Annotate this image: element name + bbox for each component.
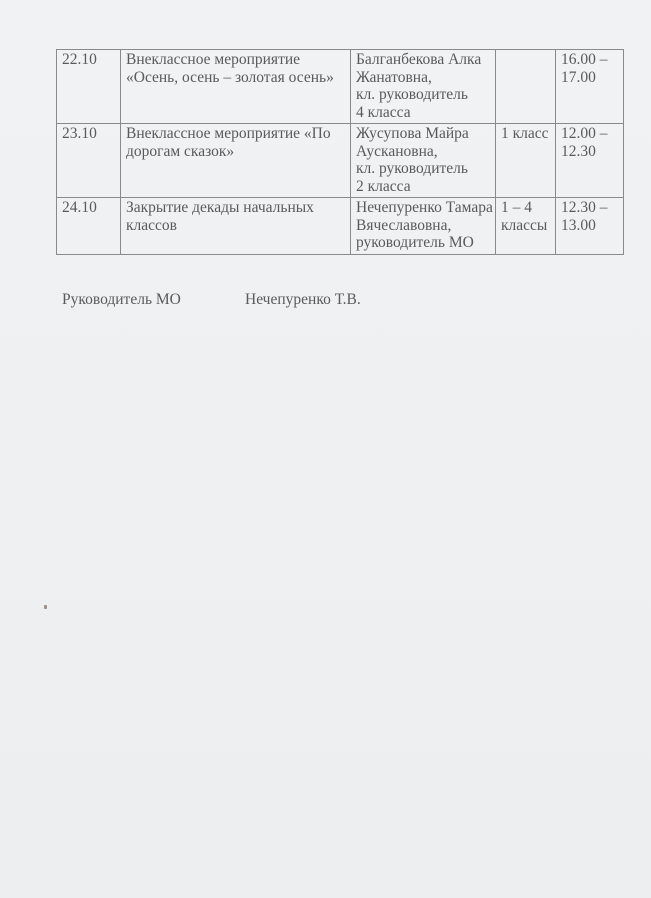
time-start: 12.30 – (561, 199, 619, 217)
date-cell: 22.10 (57, 50, 121, 124)
classes-cell (496, 50, 556, 124)
signature-role: Руководитель МО (62, 291, 181, 309)
responsible-line: руководитель МО (356, 234, 491, 252)
responsible-line: 4 класса (356, 104, 491, 122)
time-end: 13.00 (561, 217, 619, 235)
classes-cell: 1 класс (496, 124, 556, 198)
time-cell: 12.00 – 12.30 (556, 124, 624, 198)
event-text: Закрытие декады начальных классов (126, 199, 314, 234)
event-cell: Внеклассное мероприятие «По дорогам сказ… (121, 124, 351, 198)
table-row: 23.10 Внеклассное мероприятие «По дорога… (57, 124, 624, 198)
time-start: 16.00 – (561, 51, 619, 69)
responsible-cell: Нечепуренко Тамара Вячеславовна, руковод… (351, 198, 496, 255)
time-start: 12.00 – (561, 125, 619, 143)
responsible-line: 2 класса (356, 178, 491, 196)
event-text: Внеклассное мероприятие «По дорогам сказ… (126, 125, 331, 160)
table-row: 24.10 Закрытие декады начальных классов … (57, 198, 624, 255)
time-end: 12.30 (561, 143, 619, 161)
responsible-cell: Жусупова Майра Аускановна, кл. руководит… (351, 124, 496, 198)
responsible-line: Балганбекова Алка (356, 51, 491, 69)
responsible-line: кл. руководитель (356, 86, 491, 104)
signature-name: Нечепуренко Т.В. (245, 291, 361, 309)
table-row: 22.10 Внеклассное мероприятие «Осень, ос… (57, 50, 624, 124)
document-page: 22.10 Внеклассное мероприятие «Осень, ос… (0, 0, 651, 898)
responsible-line: Жусупова Майра (356, 125, 491, 143)
classes-cell: 1 – 4 классы (496, 198, 556, 255)
time-cell: 16.00 – 17.00 (556, 50, 624, 124)
event-cell: Внеклассное мероприятие «Осень, осень – … (121, 50, 351, 124)
time-cell: 12.30 – 13.00 (556, 198, 624, 255)
responsible-cell: Балганбекова Алка Жанатовна, кл. руковод… (351, 50, 496, 124)
responsible-line: Нечепуренко Тамара (356, 199, 491, 217)
responsible-line: Вячеславовна, (356, 217, 491, 235)
scan-speck (44, 605, 47, 609)
event-cell: Закрытие декады начальных классов (121, 198, 351, 255)
time-end: 17.00 (561, 69, 619, 87)
responsible-line: Жанатовна, (356, 69, 491, 87)
event-text: Внеклассное мероприятие «Осень, осень – … (126, 51, 334, 86)
date-cell: 23.10 (57, 124, 121, 198)
date-cell: 24.10 (57, 198, 121, 255)
schedule-table: 22.10 Внеклассное мероприятие «Осень, ос… (56, 49, 624, 255)
responsible-line: кл. руководитель (356, 160, 491, 178)
responsible-line: Аускановна, (356, 143, 491, 161)
